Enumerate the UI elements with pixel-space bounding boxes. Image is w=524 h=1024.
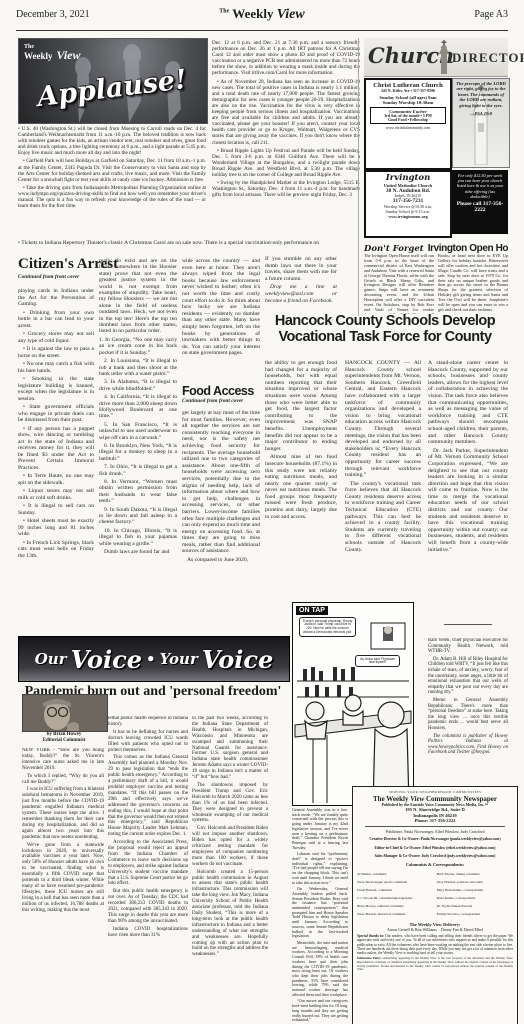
christ-lutheran-name: Christ Lutheran Church <box>366 82 450 89</box>
food-col1-tail: As compared to June 2020, <box>182 557 260 564</box>
hancock-col2: A stand-alone career center in Hancock C… <box>428 360 508 614</box>
citizens-tail: Dumb laws are found far and <box>99 549 177 555</box>
pandemic-col5: Ram Yeleti, chief physician executive fo… <box>428 638 508 778</box>
food-access-col2: the ability to get enough food had chang… <box>265 360 337 632</box>
hancock-headline-line2: Vocational Task Force for County <box>262 330 508 346</box>
church-listing-promo: For only $12.50 per week you can have yo… <box>452 170 508 234</box>
masthead-phone: Phone: 317-356-2222 <box>357 818 513 824</box>
columnists-columns: Al Hunter, columnistSteve Nicewanger, sp… <box>357 868 513 920</box>
applause-left-column: • U.S. 40 (Washington St.) will be close… <box>18 126 206 238</box>
delivery-right: Denny Fan & David Elbel <box>441 927 483 932</box>
citizens-col4-text: If you stumble on any other dumb laws ou… <box>265 256 337 282</box>
open-house-col2a: Books, or head next door to EYE Up Galle… <box>438 254 508 313</box>
page-number: Page A3 <box>474 9 508 20</box>
applause-mid-column: Dec. 12 at 6 p.m. and Dec. 21 at 7:30 p.… <box>212 40 360 238</box>
cartoon-label: ON TAP <box>296 606 328 615</box>
columnists-left: Al Hunter, columnistSteve Nicewanger, sp… <box>357 868 433 920</box>
masthead-divider <box>365 826 505 827</box>
citizens-col2: really do exist and are on the books som… <box>99 258 177 632</box>
cartoon-bubble-2: As Jesus said 'Physician heal thyself!' <box>355 655 400 667</box>
citizens-col4: If you stumble on any other dumb laws ou… <box>265 256 337 312</box>
banner-voice2: Voice <box>202 645 273 674</box>
masthead-view: View <box>277 7 305 22</box>
howey-byline: by Brian Howey Editorial Columnist <box>22 732 106 744</box>
delivery-names: Aaron Carnell & Rita Williams Denny Fan … <box>357 927 513 932</box>
citizens-intro: really do exist and are on the books som… <box>99 258 177 335</box>
church-verse-image: The precepts of the LORD are right, givi… <box>452 78 510 168</box>
pandemic-col1: NEW YORK - “How are you doing today, Bud… <box>22 748 104 1020</box>
brian-howey-photo <box>22 694 108 732</box>
masthead-the: The <box>219 9 229 15</box>
pandemic-col5-paragraphs: Ram Yeleti, chief physician executive fo… <box>428 638 508 732</box>
steeple-icon <box>434 40 454 74</box>
editorial-cartoon: ON TAP Trump's personal physician, Ronny… <box>292 602 414 806</box>
masthead-title-post: Community Newspaper <box>424 795 497 803</box>
verse-ref: —PSA 19:8 <box>453 109 509 116</box>
hancock-headline-line1: Hancock County Schools Develop <box>262 314 508 330</box>
verse-text: The precepts of the LORD are right, givi… <box>453 79 509 108</box>
hancock-col1: HANCOCK COUNTY — All Hancock County scho… <box>345 360 421 602</box>
church-directory-caps: DIRECTORY <box>452 50 524 66</box>
newspaper-page: The Weekly View December 3, 2021 Page A3… <box>0 0 524 1024</box>
euchre-box: Community Euchre 3rd Sat. of the month •… <box>370 107 446 124</box>
masthead-title-pre: The Weekly <box>373 795 410 803</box>
delivery-left: Aaron Carnell & Rita Williams <box>387 927 437 932</box>
food-access-title: Food Access <box>182 384 262 398</box>
open-house-col1: The Irvington Open House itself will run… <box>364 254 434 314</box>
umc-website: www.irvingtonumc.org <box>366 214 450 219</box>
columnists-right: Herb Thyme, dining columnistJerry Harnel… <box>437 868 513 920</box>
open-house-pre: Don't Forget <box>364 244 424 254</box>
open-house-main: Irvington Open House <box>428 243 508 254</box>
masthead-tagline: SERVING YOUR NEIGHBORHOOD COMMUNITIES <box>357 790 513 794</box>
columnists-heading: Columnists & Correspondents: <box>357 862 513 867</box>
section-divider <box>444 624 492 625</box>
our-voice-banner: Our Voice • Your Voice <box>18 636 290 682</box>
byline-role: Editorial Columnist <box>22 738 106 744</box>
dumb-laws-list: 1. In Georgia, “No one may carry an ice … <box>99 337 177 547</box>
open-house-col2: Books, or head next door to EYE Up Galle… <box>438 254 508 314</box>
citizens-col3: wide across the country — and even here … <box>182 258 260 382</box>
logo-view: View <box>57 48 81 62</box>
banner-bullet: • <box>146 650 156 668</box>
applause-logo: The Weekly View <box>24 43 81 60</box>
applause-wide-line: • Tickets to Indiana Repertory Theater's… <box>18 240 360 256</box>
masthead-info-box: SERVING YOUR NEIGHBORHOOD COMMUNITIES Th… <box>352 786 518 1024</box>
food-access-continued: Continued from front cover <box>182 398 262 404</box>
irvington-umc-ad: Irvington United Methodist Church 30 N. … <box>364 170 452 238</box>
promo-text: For only $12.50 per week you can have yo… <box>452 170 508 199</box>
euchre-food: Good Food • Fellowship <box>372 118 444 122</box>
masthead-title-view: View <box>410 795 424 803</box>
banner-voice1: Voice <box>71 645 142 674</box>
masthead-paper-name: The Weekly View Community Newspaper <box>357 795 513 803</box>
umc-name: Irvington <box>366 173 450 183</box>
pandemic-col2: lethal public health sequence in Indiana… <box>108 716 188 1022</box>
applause-photo: The Weekly View Applause! <box>18 38 208 124</box>
church-directory-header: Church DIRECTORY <box>364 38 508 77</box>
christ-lutheran-ad: Christ Lutheran Church 345 N. Kitley Ave… <box>364 78 452 170</box>
masthead-publishers: Publishers: Paula Nicewanger, Ethel Wins… <box>357 829 513 834</box>
issue-date: December 3, 2021 <box>16 9 90 20</box>
cartoon-bubble-1: Trump's personal physician, Ronny Jackso… <box>299 617 356 637</box>
howey-portrait-image <box>23 695 107 731</box>
thanks-heading: Special thanks to: <box>357 934 384 938</box>
banner-our: Our <box>35 650 67 668</box>
masthead-owners: Creative Director & Co-Owner: Paula Nice… <box>357 837 513 858</box>
masthead-weekly: Weekly <box>232 6 273 21</box>
food-col1-text: ger largely at bay most of the time for … <box>182 410 260 555</box>
hancock-headline: Hancock County Schools Develop Vocationa… <box>262 314 508 345</box>
food-access-col1: ger largely at bay most of the time for … <box>182 410 260 632</box>
christ-lutheran-worship: Sunday Worship 10:30am <box>366 100 450 105</box>
header-rule <box>16 30 508 31</box>
banner-your: Your <box>160 650 198 668</box>
citizens-col1: playing cards in Indiana under the Act f… <box>18 288 94 632</box>
promo-phone: Please call 317-356-2222 <box>452 201 508 213</box>
logo-weekly: Weekly <box>24 51 53 61</box>
citizens-signoff: Drop me a line at weeklyview@aol.com or … <box>265 284 337 304</box>
column-rule <box>358 38 359 316</box>
columnist-signoff: The columnist is publisher of Howey Poli… <box>428 734 508 756</box>
christ-lutheran-website: www.christlutheranindy.com <box>366 126 450 130</box>
pandemic-col4: General Assembly was in a fast-track mod… <box>292 808 348 1022</box>
pandemic-col3: in the past two weeks, according to the … <box>192 716 268 1022</box>
christ-lutheran-address: 345 N. Kitley Ave • 317-357-8596 <box>366 89 450 93</box>
